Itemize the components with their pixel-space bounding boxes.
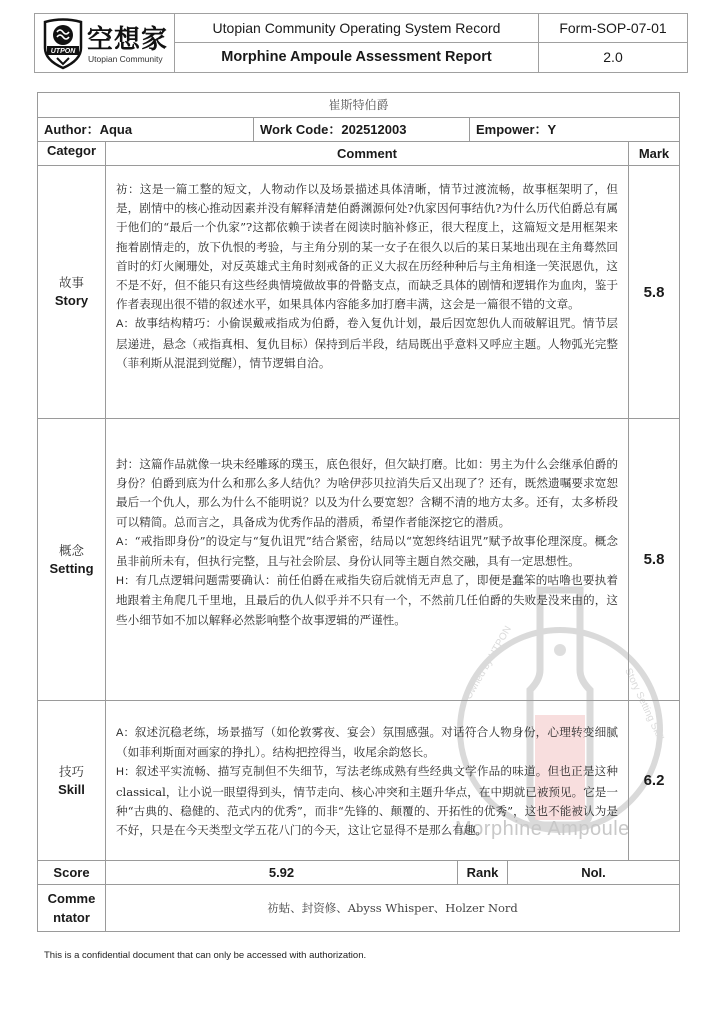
svg-text:UTPON: UTPON <box>51 48 76 55</box>
column-header-category: Categor <box>38 142 106 165</box>
score-label: Score <box>38 861 106 884</box>
assessment-table: 崔斯特伯爵 Author：Aqua Work Code：202512003 Em… <box>37 92 680 932</box>
comment-paragraph: A：故事结构精巧：小偷误戴戒指成为伯爵，卷入复仇计划，最后因宽恕仇人而破解诅咒。… <box>116 314 618 373</box>
logo-english-name: Utopian Community <box>88 54 163 64</box>
header-titles: Utopian Community Operating System Recor… <box>175 14 539 72</box>
logo-block: UTPON 空想家 Utopian Community <box>35 14 175 72</box>
comment-paragraph: A：叙述沉稳老练，场景描写（如伦敦雾夜、宴会）氛围感强。对话符合人物身份，心理转… <box>116 723 618 762</box>
comment-setting: 封：这篇作品就像一块未经雕琢的璞玉，底色很好，但欠缺打磨。比如：男主为什么会继承… <box>106 419 629 700</box>
comment-paragraph: H：有几点逻辑问题需要确认：前任伯爵在戒指失窃后就悄无声息了，即便是蠢笨的咕噜也… <box>116 571 618 630</box>
report-title: Morphine Ampoule Assessment Report <box>175 43 538 72</box>
author-field: Author：Aqua <box>38 118 254 141</box>
comment-story: 祊：这是一篇工整的短文，人物动作以及场景描述具体清晰，情节过渡流畅，故事框架明了… <box>106 166 629 418</box>
category-cn: 故事 <box>59 274 84 292</box>
category-story: 故事 Story <box>38 166 106 418</box>
commentator-label: Comme ntator <box>38 885 106 931</box>
category-cn: 技巧 <box>59 763 84 781</box>
rank-value: NoI. <box>508 861 679 884</box>
commentator-row: Comme ntator 祊蛄、封资修、Abyss Whisper、Holzer… <box>38 885 679 931</box>
score-value: 5.92 <box>106 861 458 884</box>
comment-paragraph: A：“戒指即身份”的设定与“复仇诅咒”结合紧密，结局以“宽恕终结诅咒”赋予故事伦… <box>116 532 618 571</box>
commentator-names: 祊蛄、封资修、Abyss Whisper、Holzer Nord <box>106 885 679 931</box>
logo-chinese-name: 空想家 <box>87 19 168 56</box>
comment-paragraph: 封：这篇作品就像一块未经雕琢的璞玉，底色很好，但欠缺打磨。比如：男主为什么会继承… <box>116 455 618 532</box>
empower-field: Empower：Y <box>470 118 679 141</box>
category-en: Story <box>55 292 88 310</box>
form-code: Form-SOP-07-01 <box>539 14 687 43</box>
work-title: 崔斯特伯爵 <box>38 93 679 118</box>
mark-story: 5.8 <box>629 166 679 418</box>
category-en: Setting <box>49 560 93 578</box>
work-code-field: Work Code：202512003 <box>254 118 470 141</box>
category-cn: 概念 <box>59 542 84 560</box>
system-title: Utopian Community Operating System Recor… <box>175 14 538 43</box>
category-skill: 技巧 Skill <box>38 701 106 860</box>
mark-skill: 6.2 <box>629 701 679 860</box>
column-header-comment: Comment <box>106 142 629 165</box>
comment-skill: A：叙述沉稳老练，场景描写（如伦敦雾夜、宴会）氛围感强。对话符合人物身份，心理转… <box>106 701 629 860</box>
category-en: Skill <box>58 781 85 799</box>
section-skill: 技巧 Skill A：叙述沉稳老练，场景描写（如伦敦雾夜、宴会）氛围感强。对话符… <box>38 701 679 861</box>
version-number: 2.0 <box>539 43 687 72</box>
confidential-notice: This is a confidential document that can… <box>44 950 366 961</box>
document-header: UTPON 空想家 Utopian Community Utopian Comm… <box>34 13 688 73</box>
section-story: 故事 Story 祊：这是一篇工整的短文，人物动作以及场景描述具体清晰，情节过渡… <box>38 166 679 419</box>
header-codes: Form-SOP-07-01 2.0 <box>539 14 687 72</box>
category-setting: 概念 Setting <box>38 419 106 700</box>
column-header-mark: Mark <box>629 142 679 165</box>
work-meta-row: Author：Aqua Work Code：202512003 Empower：… <box>38 118 679 142</box>
comment-paragraph: 祊：这是一篇工整的短文，人物动作以及场景描述具体清晰，情节过渡流畅，故事框架明了… <box>116 180 618 314</box>
score-row: Score 5.92 Rank NoI. <box>38 861 679 885</box>
column-header-row: Categor Comment Mark <box>38 142 679 166</box>
rank-label: Rank <box>458 861 508 884</box>
mark-setting: 5.8 <box>629 419 679 700</box>
section-setting: 概念 Setting 封：这篇作品就像一块未经雕琢的璞玉，底色很好，但欠缺打磨。… <box>38 419 679 701</box>
utpon-shield-logo-icon: UTPON <box>41 18 85 70</box>
comment-paragraph: H：叙述平实流畅、描写克制但不失细节，写法老练成熟有些经典文学作品的味道。但也正… <box>116 762 618 840</box>
